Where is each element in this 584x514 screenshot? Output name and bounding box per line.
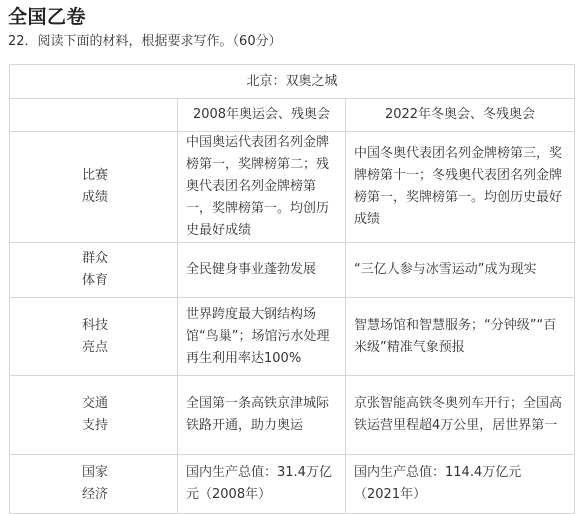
table-row: 群众 体育 全民健身事业蓬勃发展 “三亿人参与冰雪运动”成为现实	[10, 243, 575, 298]
cell-2022: 中国冬奥代表团名列金牌榜第三，奖牌榜第十一；冬残奥代表团名列金牌榜第一，奖牌榜第…	[346, 132, 575, 243]
row-category: 国家 经济	[10, 455, 178, 514]
table-caption: 北京：双奥之城	[10, 65, 575, 99]
header-2008: 2008年奥运会、残奥会	[178, 99, 346, 132]
cell-2022: 国内生产总值：114.4万亿元（2021年）	[346, 455, 575, 514]
cell-2008: 国内生产总值：31.4万亿元（2008年）	[178, 455, 346, 514]
table-row: 交通 支持 全国第一条高铁京津城际铁路开通，助力奥运 京张智能高铁冬奥列车开行；…	[10, 376, 575, 455]
row-category: 科技 亮点	[10, 298, 178, 376]
row-category: 交通 支持	[10, 376, 178, 455]
header-empty	[10, 99, 178, 132]
cell-2022: 京张智能高铁冬奥列车开行；全国高铁运营里程超4万公里，居世界第一	[346, 376, 575, 455]
table-row: 比赛 成绩 中国奥运代表团名列金牌榜第一，奖牌榜第二；残奥代表团名列金牌榜第一，…	[10, 132, 575, 243]
table-row: 科技 亮点 世界跨度最大钢结构场馆“鸟巢”；场馆污水处理再生利用率达100% 智…	[10, 298, 575, 376]
question-prompt: 22．阅读下面的材料，根据要求写作。（60分）	[8, 30, 282, 49]
cell-2008: 世界跨度最大钢结构场馆“鸟巢”；场馆污水处理再生利用率达100%	[178, 298, 346, 376]
cell-2008: 全民健身事业蓬勃发展	[178, 243, 346, 298]
table-row: 国家 经济 国内生产总值：31.4万亿元（2008年） 国内生产总值：114.4…	[10, 455, 575, 514]
material-table: 北京：双奥之城 2008年奥运会、残奥会 2022年冬奥会、冬残奥会 比赛 成绩…	[9, 64, 575, 514]
cell-2022: “三亿人参与冰雪运动”成为现实	[346, 243, 575, 298]
cell-2008: 全国第一条高铁京津城际铁路开通，助力奥运	[178, 376, 346, 455]
section-title: 全国乙卷	[8, 2, 86, 29]
header-2022: 2022年冬奥会、冬残奥会	[346, 99, 575, 132]
row-category: 比赛 成绩	[10, 132, 178, 243]
cell-2022: 智慧场馆和智慧服务；“分钟级”“百米级”精准气象预报	[346, 298, 575, 376]
table-caption-row: 北京：双奥之城	[10, 65, 575, 99]
cell-2008: 中国奥运代表团名列金牌榜第一，奖牌榜第二；残奥代表团名列金牌榜第一，奖牌榜第一。…	[178, 132, 346, 243]
row-category: 群众 体育	[10, 243, 178, 298]
table-header-row: 2008年奥运会、残奥会 2022年冬奥会、冬残奥会	[10, 99, 575, 132]
